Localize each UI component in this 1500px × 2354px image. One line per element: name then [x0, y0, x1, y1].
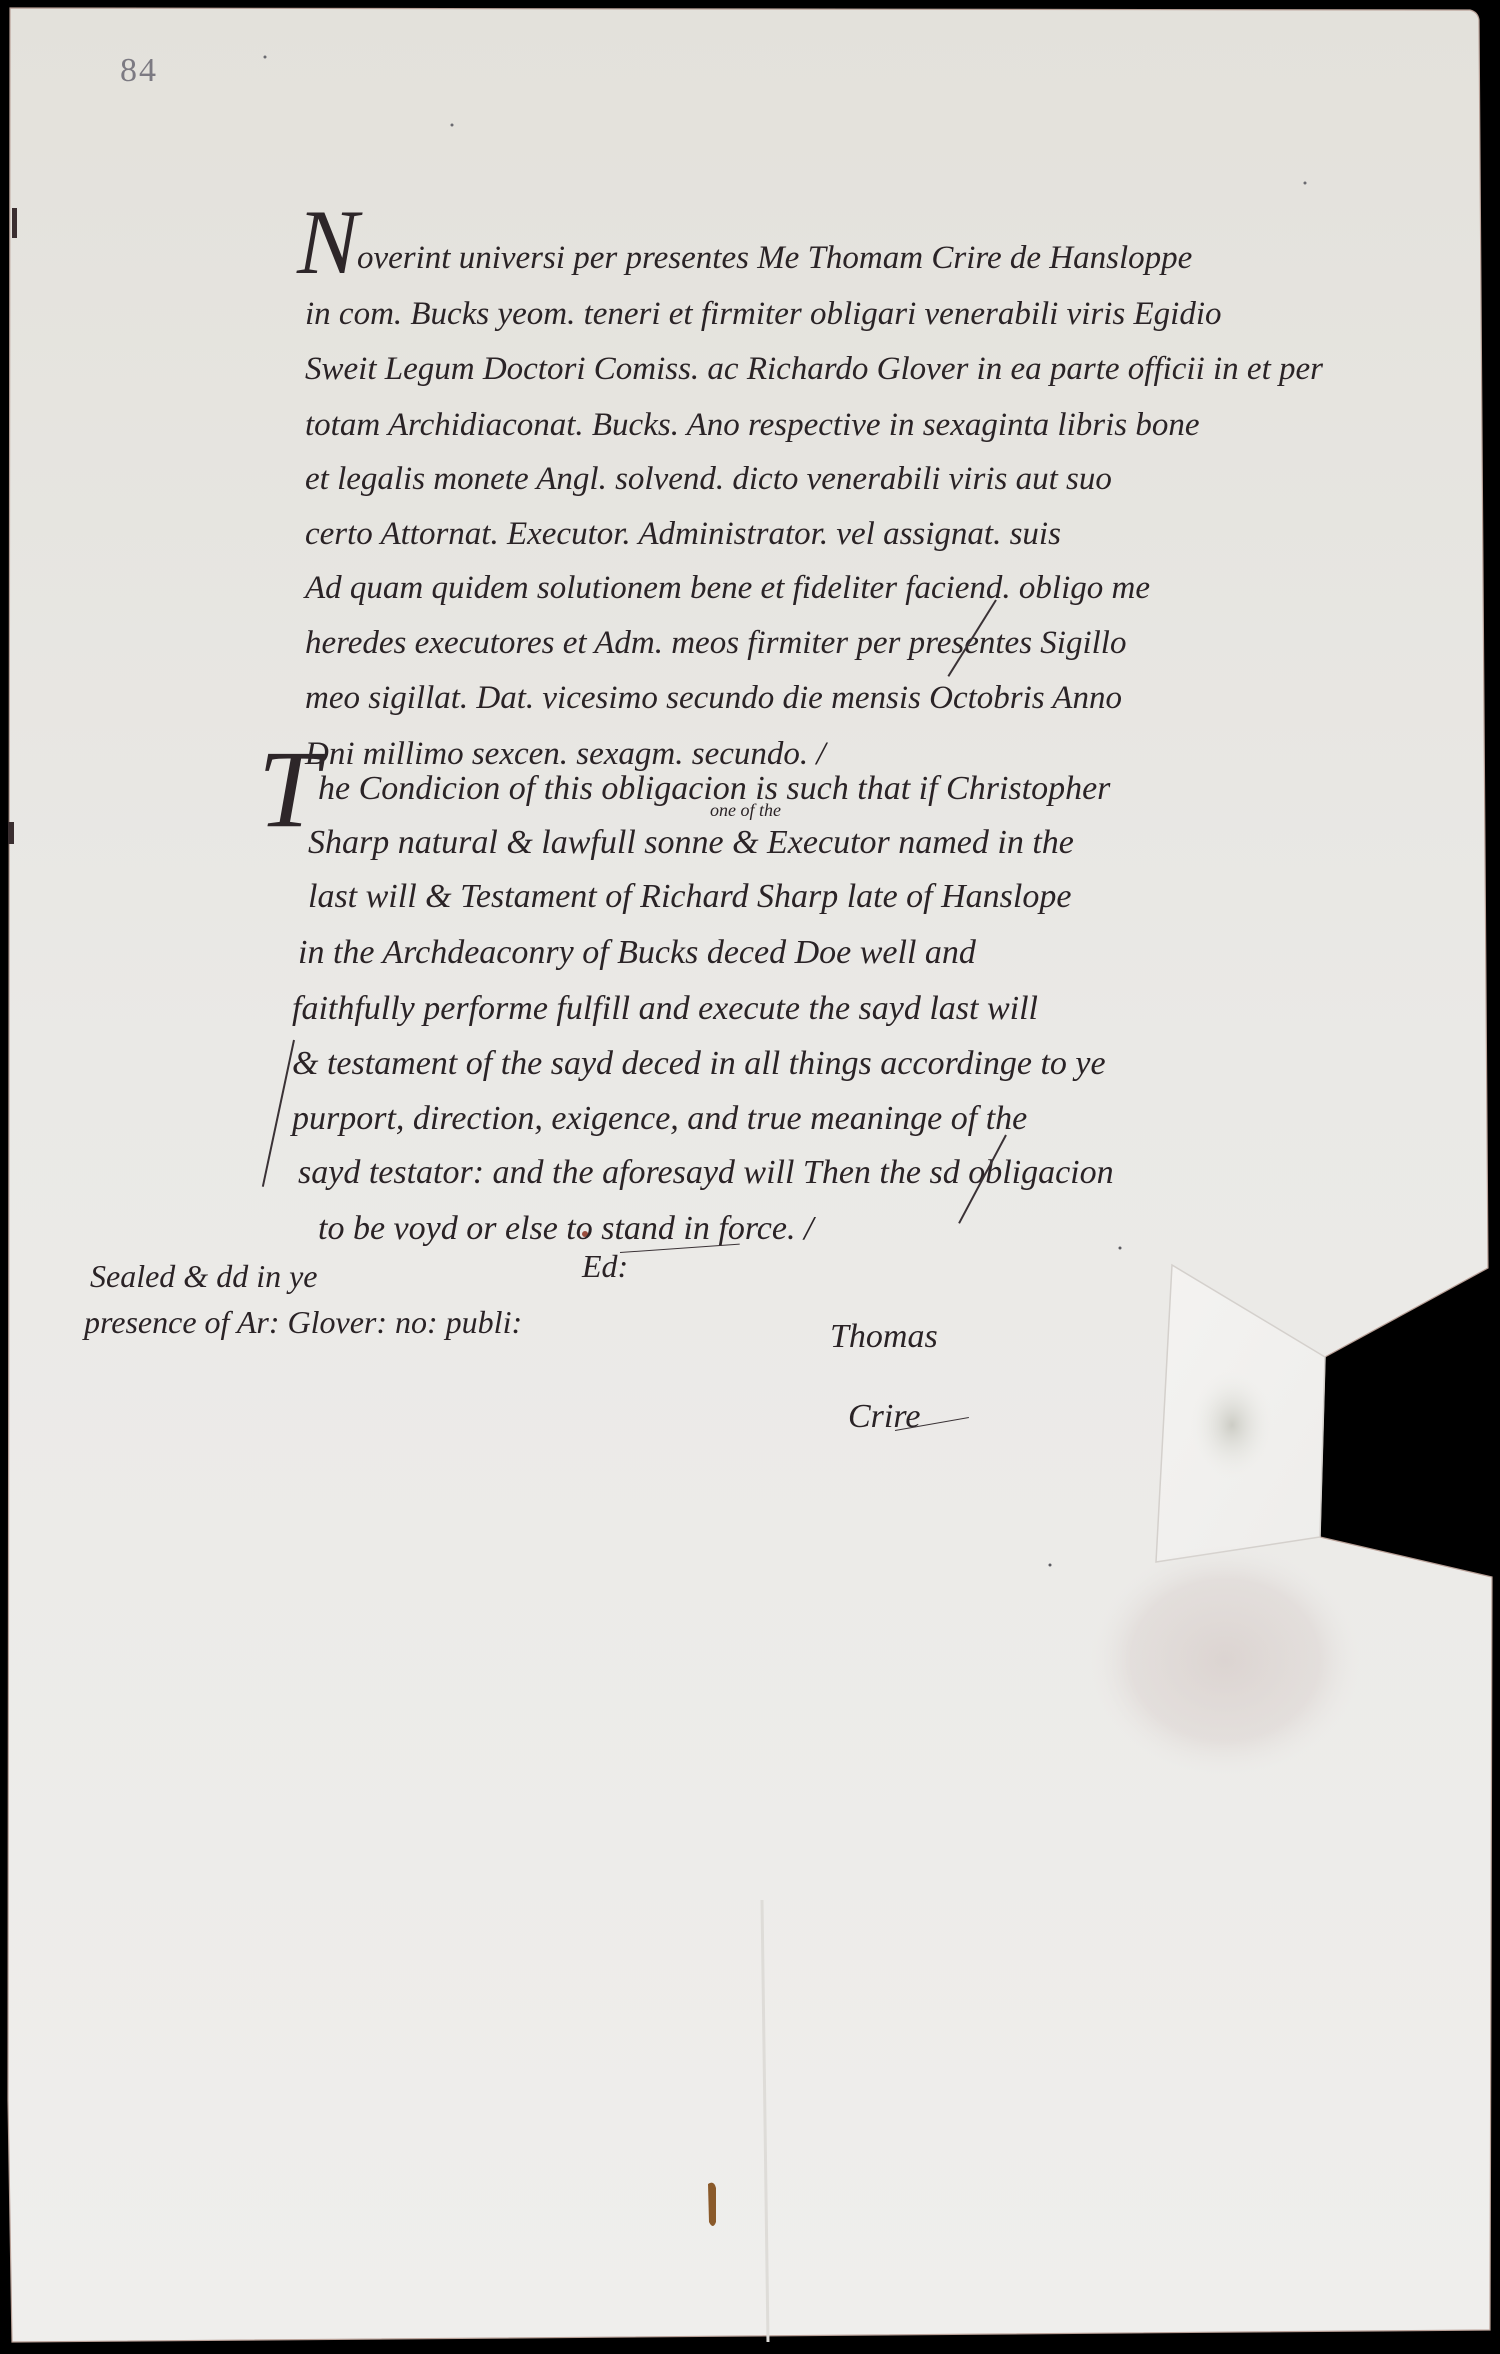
bond-line-1: overint universi per presentes Me Thomam…: [357, 240, 1192, 277]
bond-line-3: Sweit Legum Doctori Comiss. ac Richardo …: [305, 351, 1323, 388]
condition-line-4: in the Archdeaconry of Bucks deced Doe w…: [298, 934, 976, 972]
bond-line-7: Ad quam quidem solutionem bene et fideli…: [305, 570, 1150, 607]
scanned-document: 84 N overint universi per presentes Me T…: [0, 0, 1500, 2354]
signature-first-name: Thomas: [830, 1318, 938, 1356]
condition-line-2: Sharp natural & lawfull sonne & Executor…: [308, 824, 1074, 862]
memo-line-2: presence of Ar: Glover: no: publi:: [84, 1304, 522, 1341]
bond-line-2: in com. Bucks yeom. teneri et firmiter o…: [305, 296, 1222, 333]
bond-line-10: Dni millimo sexcen. sexagm. secundo. /: [305, 736, 826, 773]
condition-line-3: last will & Testament of Richard Sharp l…: [308, 878, 1071, 916]
condition-line-6: & testament of the sayd deced in all thi…: [292, 1045, 1106, 1083]
memo-line-1: Sealed & dd in ye: [90, 1258, 317, 1295]
bond-line-9: meo sigillat. Dat. vicesimo secundo die …: [305, 680, 1122, 717]
bond-line-6: certo Attornat. Executor. Administrator.…: [305, 516, 1061, 553]
memo-line-1-right: Ed:: [582, 1248, 628, 1285]
signature-surname: Crire: [848, 1398, 920, 1436]
interlinear-insertion: one of the: [710, 800, 781, 821]
bond-line-8: heredes executores et Adm. meos firmiter…: [305, 625, 1126, 662]
bond-line-4: totam Archidiaconat. Bucks. Ano respecti…: [305, 407, 1200, 444]
condition-line-5: faithfully performe fulfill and execute …: [292, 990, 1038, 1028]
condition-line-7: purport, direction, exigence, and true m…: [292, 1100, 1027, 1138]
folio-number: 84: [120, 52, 158, 90]
condition-line-9: to be voyd or else to stand in force. /: [318, 1210, 813, 1248]
bond-line-5: et legalis monete Angl. solvend. dicto v…: [305, 461, 1112, 498]
drop-initial-n: N: [297, 196, 358, 288]
